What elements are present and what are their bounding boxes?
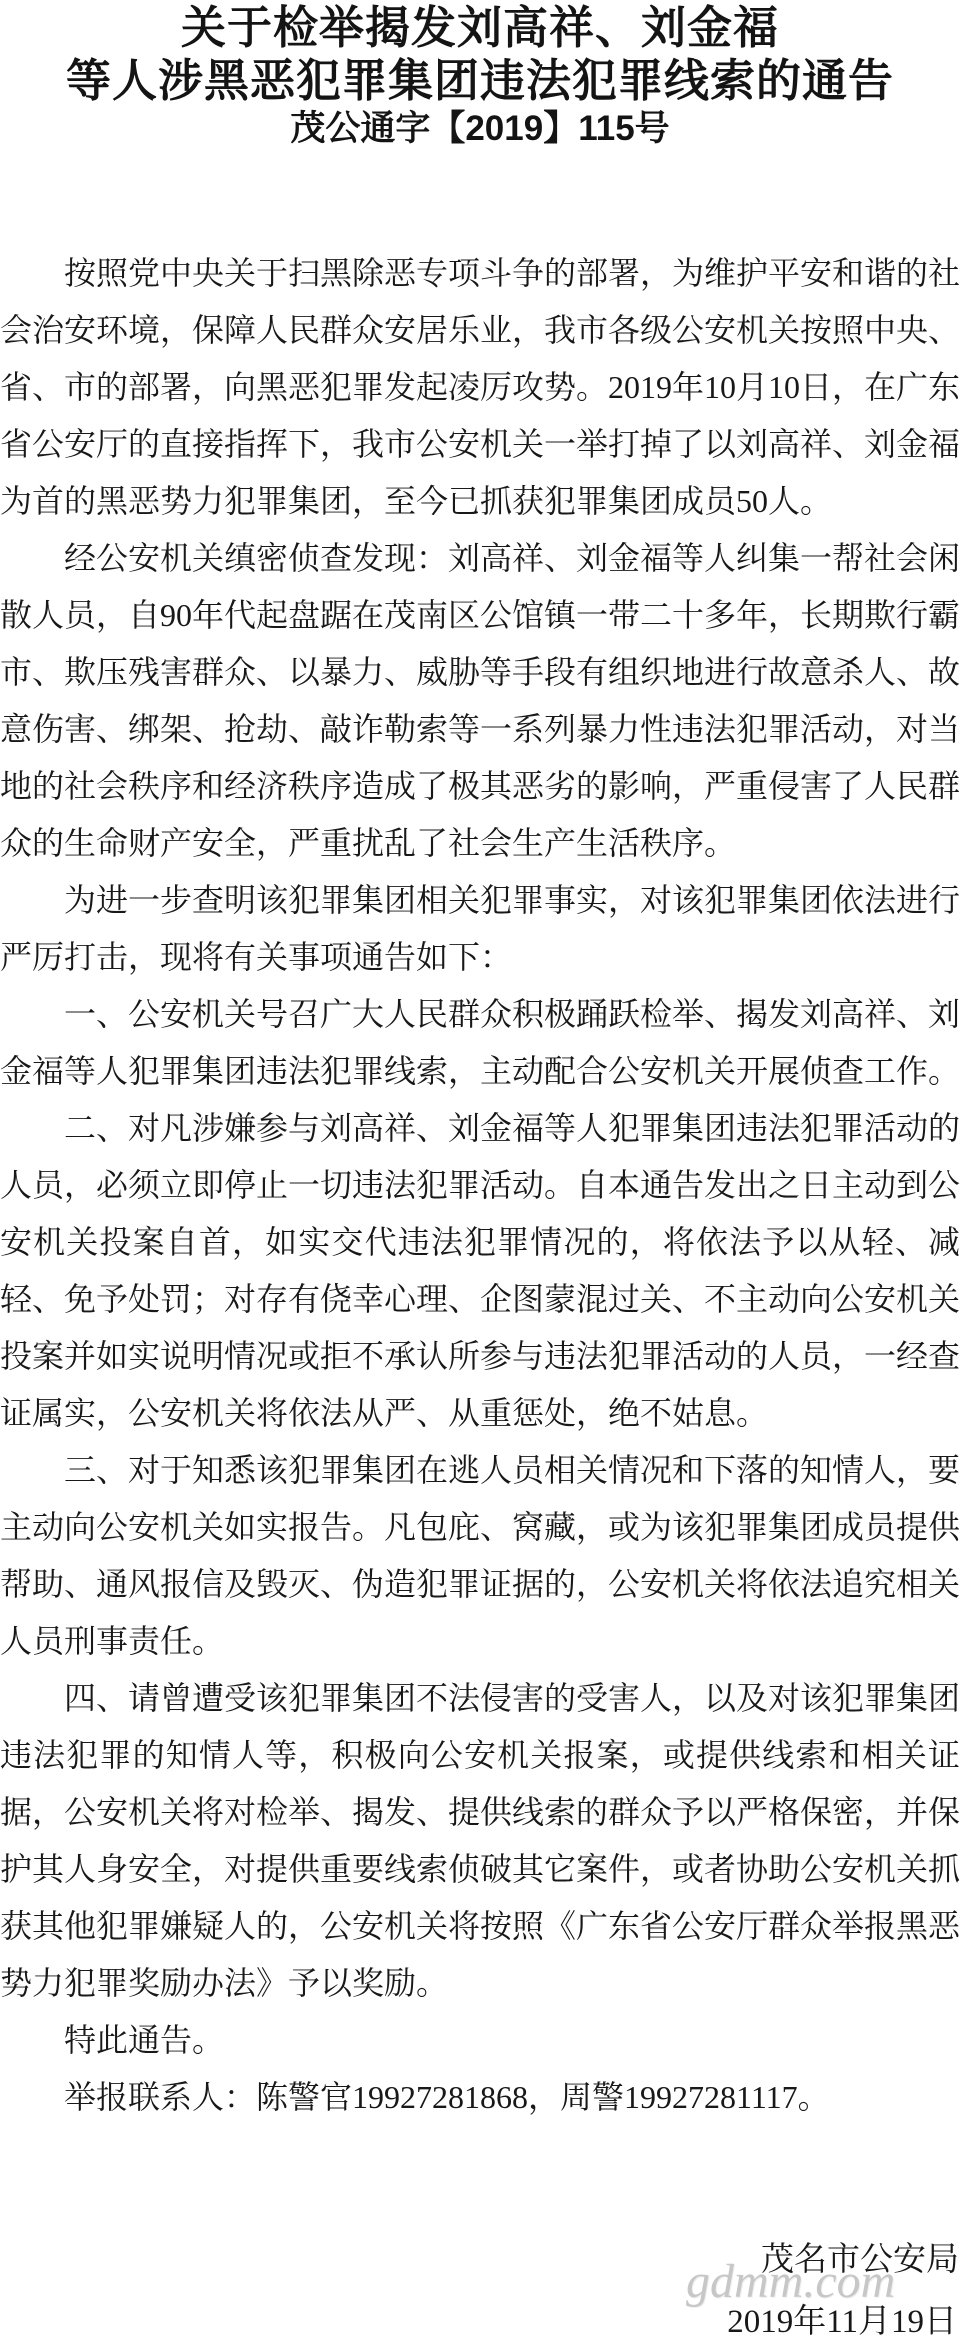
notice-document: 关于检举揭发刘高祥、刘金福 等人涉黑恶犯罪集团违法犯罪线索的通告 茂公通字【20… bbox=[0, 0, 960, 2351]
body-paragraph-5: 二、对凡涉嫌参与刘高祥、刘金福等人犯罪集团违法犯罪活动的人员，必须立即停止一切违… bbox=[0, 1100, 960, 1442]
body-paragraph-4: 一、公安机关号召广大人民群众积极踊跃检举、揭发刘高祥、刘金福等人犯罪集团违法犯罪… bbox=[0, 986, 960, 1100]
body-paragraph-closing: 特此通告。 bbox=[0, 2012, 960, 2069]
body-paragraph-6: 三、对于知悉该犯罪集团在逃人员相关情况和下落的知情人，要主动向公安机关如实报告。… bbox=[0, 1442, 960, 1670]
contact-line: 举报联系人：陈警官19927281868，周警19927281117。 bbox=[0, 2069, 960, 2126]
body-paragraph-1: 按照党中央关于扫黑除恶专项斗争的部署，为维护平安和谐的社会治安环境，保障人民群众… bbox=[0, 245, 960, 530]
document-title-line1: 关于检举揭发刘高祥、刘金福 bbox=[181, 3, 779, 53]
document-title-line2: 等人涉黑恶犯罪集团违法犯罪线索的通告 bbox=[66, 56, 894, 106]
document-body: 按照党中央关于扫黑除恶专项斗争的部署，为维护平安和谐的社会治安环境，保障人民群众… bbox=[0, 245, 960, 2126]
body-paragraph-3: 为进一步查明该犯罪集团相关犯罪事实，对该犯罪集团依法进行严厉打击，现将有关事项通… bbox=[0, 872, 960, 986]
document-number: 茂公通字【2019】115号 bbox=[0, 107, 960, 151]
document-title: 关于检举揭发刘高祥、刘金福 等人涉黑恶犯罪集团违法犯罪线索的通告 bbox=[0, 2, 960, 108]
body-paragraph-7: 四、请曾遭受该犯罪集团不法侵害的受害人，以及对该犯罪集团违法犯罪的知情人等，积极… bbox=[0, 1670, 960, 2012]
issue-date: 2019年11月19日 bbox=[727, 2302, 957, 2342]
issuing-agency: 茂名市公安局 bbox=[761, 2240, 959, 2280]
body-paragraph-2: 经公安机关缜密侦查发现：刘高祥、刘金福等人纠集一帮社会闲散人员，自90年代起盘踞… bbox=[0, 530, 960, 872]
